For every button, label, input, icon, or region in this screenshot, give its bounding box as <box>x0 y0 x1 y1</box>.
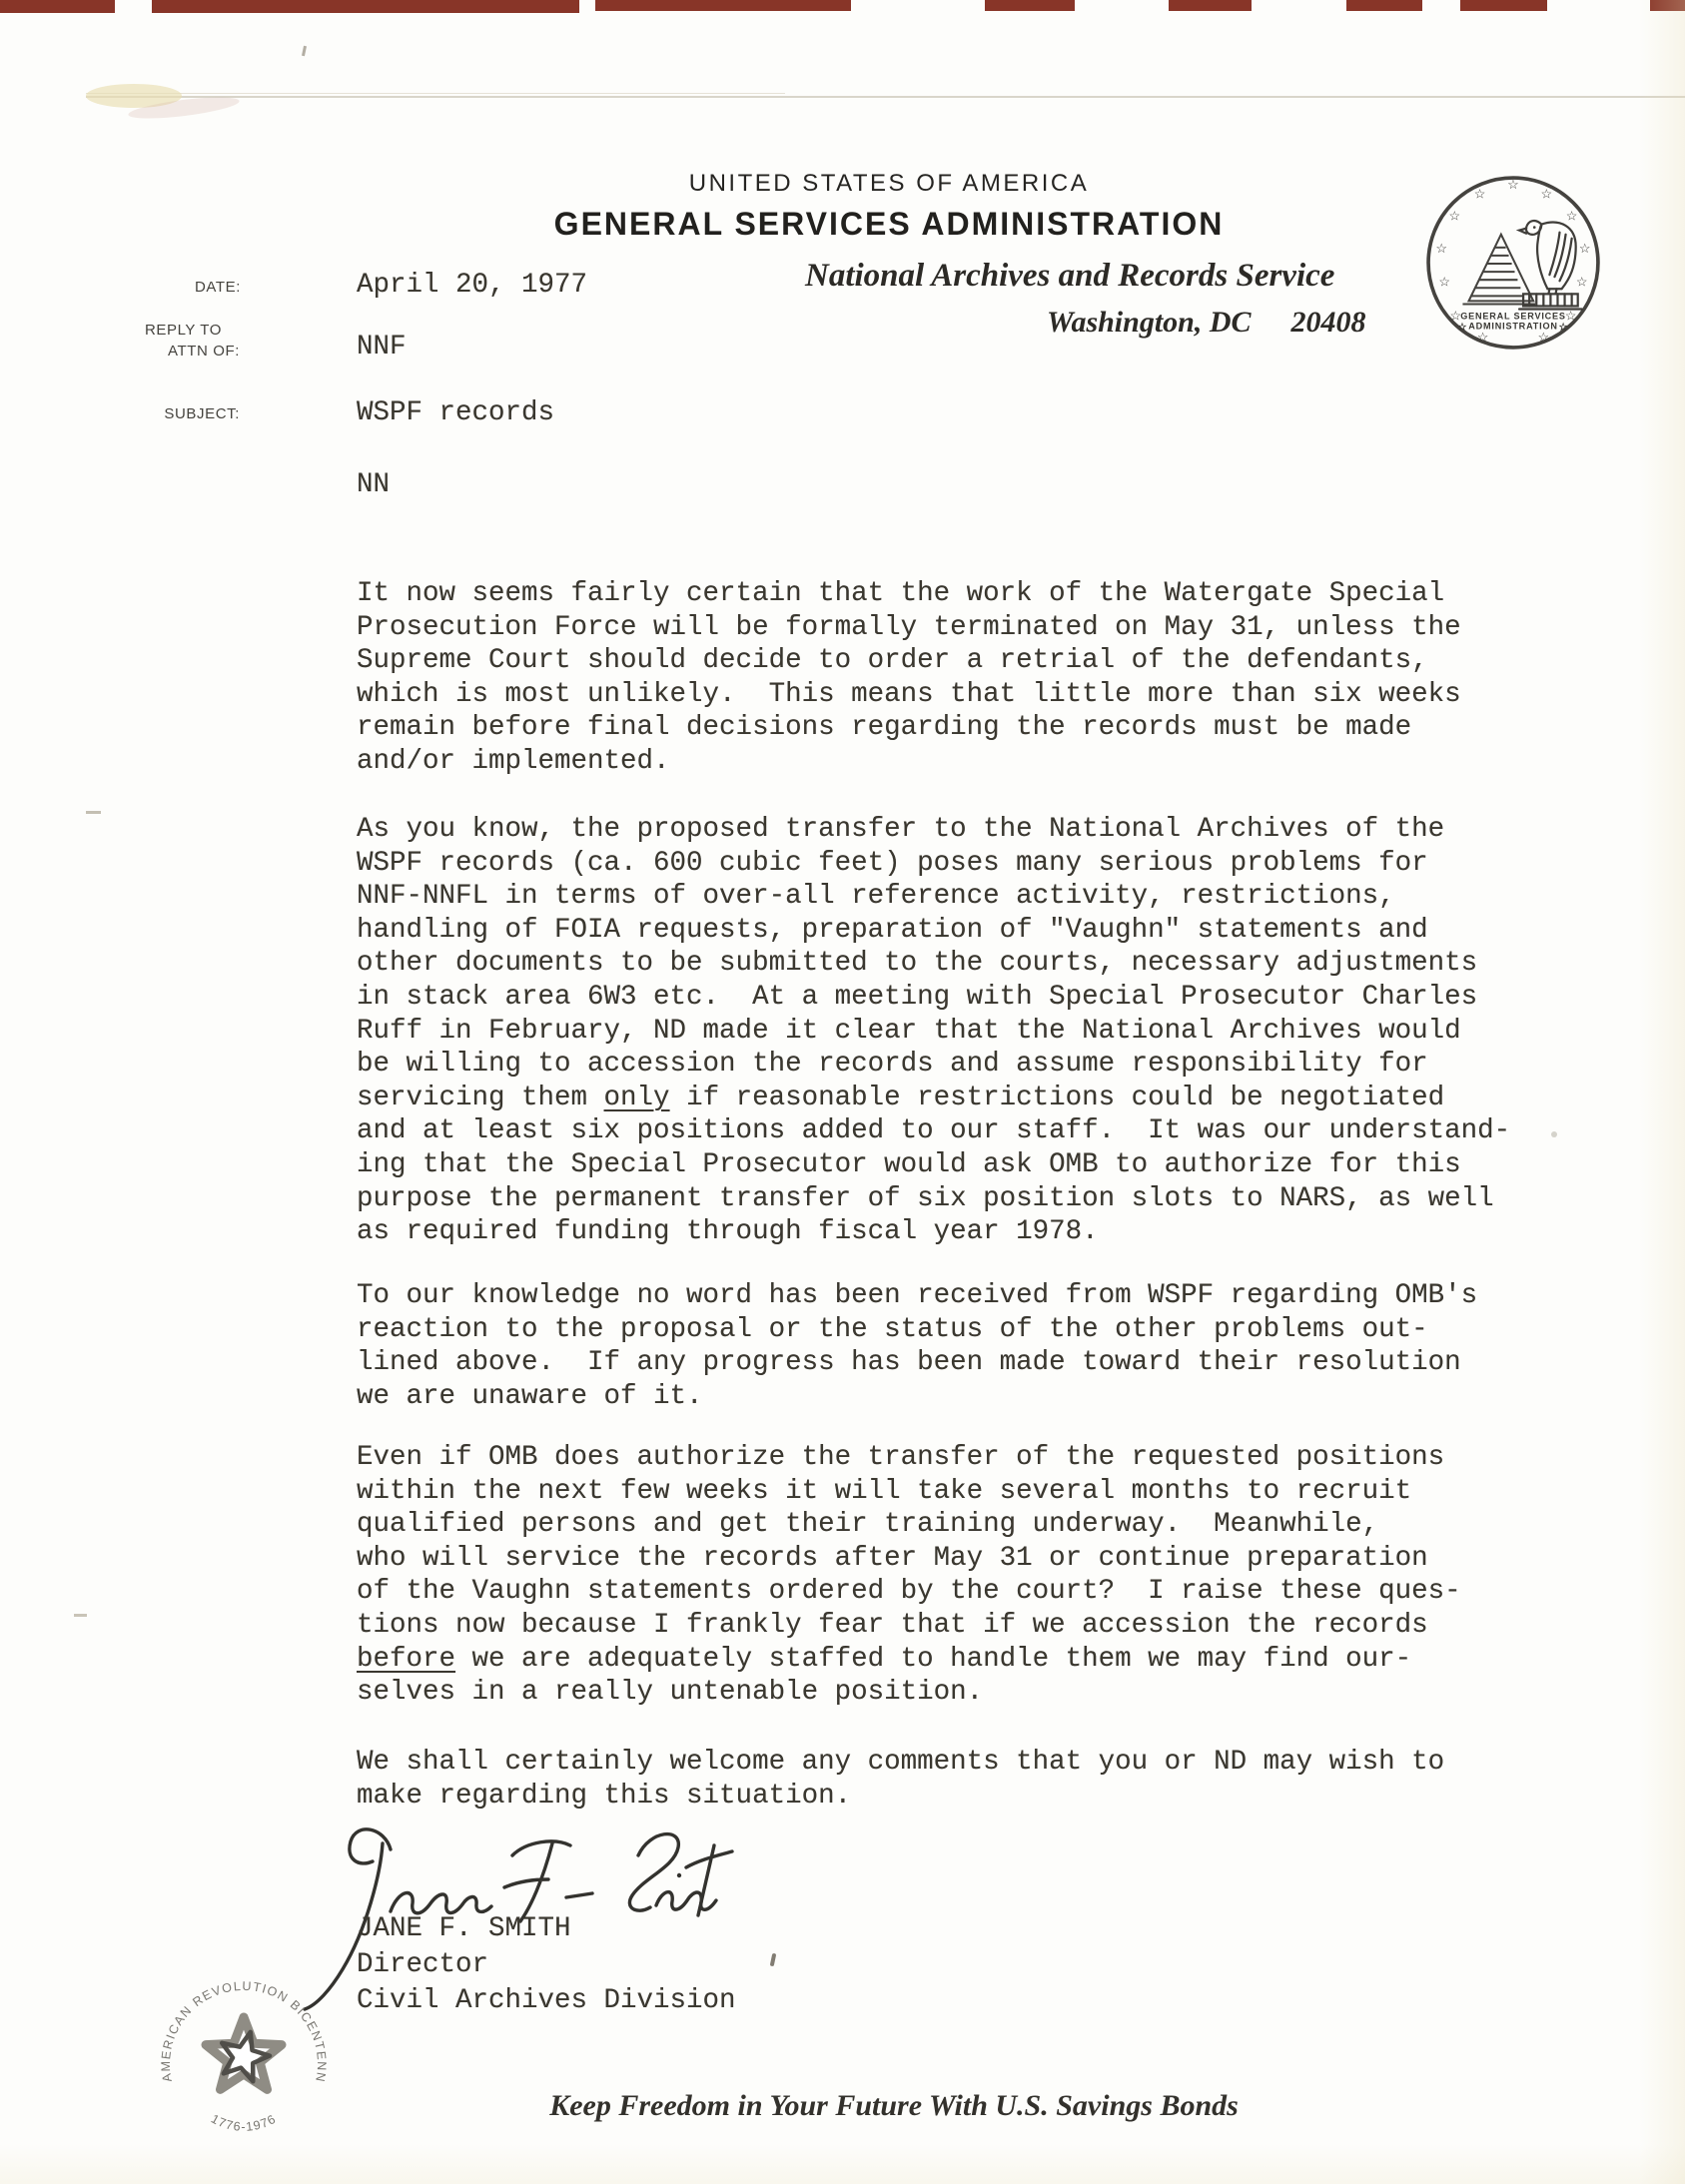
body-line: ing that the Special Prosecutor would as… <box>357 1148 1555 1182</box>
body-paragraph: As you know, the proposed transfer to th… <box>357 813 1555 1249</box>
subject-label: SUBJECT: <box>140 405 240 422</box>
date-label: DATE: <box>140 279 241 296</box>
body-paragraph: It now seems fairly certain that the wor… <box>357 577 1555 779</box>
svg-text:☆: ☆ <box>1477 330 1489 345</box>
savings-bonds-motto: Keep Freedom in Your Future With U.S. Sa… <box>548 2089 1240 2123</box>
svg-text:☆: ☆ <box>1537 330 1549 345</box>
body-line: To our knowledge no word has been receiv… <box>357 1279 1555 1313</box>
bicentennial-star-icon <box>206 2017 282 2089</box>
svg-text:☆: ☆ <box>1565 309 1577 324</box>
signer-title: Director <box>357 1949 488 1980</box>
body-line: who will service the records after May 3… <box>357 1542 1555 1576</box>
scan-edge-tint <box>1639 0 1685 2184</box>
reply-to-label-line1: REPLY TO <box>110 322 222 339</box>
body-line: and at least six positions added to our … <box>357 1114 1555 1148</box>
body-line: within the next few weeks it will take s… <box>357 1475 1555 1509</box>
bicentennial-logo: AMERICAN REVOLUTION BICENTENNIAL 1776-19… <box>156 1969 332 2145</box>
body-line: tions now because I frankly fear that if… <box>357 1609 1555 1643</box>
body-line: Even if OMB does authorize the transfer … <box>357 1441 1555 1475</box>
addressee: NN <box>357 469 390 500</box>
svg-text:☆: ☆ <box>1448 209 1460 224</box>
body-line: in stack area 6W3 etc. At a meeting with… <box>357 981 1555 1015</box>
body-line: Prosecution Force will be formally termi… <box>357 611 1555 645</box>
body-line: we are unaware of it. <box>357 1380 1555 1414</box>
letterhead-service-name: National Archives and Records Service <box>805 258 1334 295</box>
letterhead-zip: 20408 <box>1291 306 1366 339</box>
body-line: handling of FOIA requests, preparation o… <box>357 914 1555 948</box>
body-line: of the Vaughn statements ordered by the … <box>357 1575 1555 1609</box>
body-line: lined above. If any progress has been ma… <box>357 1346 1555 1380</box>
body-line: be willing to accession the records and … <box>357 1048 1555 1082</box>
body-line: NNF-NNFL in terms of over-all reference … <box>357 880 1555 914</box>
body-line: make regarding this situation. <box>357 1780 1555 1814</box>
eagle-icon <box>1519 221 1582 310</box>
body-line: and/or implemented. <box>357 745 1555 779</box>
margin-pencil-mark <box>86 811 101 814</box>
body-line: Supreme Court should decide to order a r… <box>357 644 1555 678</box>
body-line: qualified persons and get their training… <box>357 1508 1555 1542</box>
seal-star-icon: ☆ <box>1458 323 1468 334</box>
svg-text:☆: ☆ <box>1579 241 1591 256</box>
seal-star-icon: ☆ <box>1559 323 1569 334</box>
seal-text-line1: GENERAL SERVICES <box>1460 312 1566 322</box>
signer-typed-name: JANE F. SMITH <box>357 1913 571 1944</box>
svg-text:☆: ☆ <box>1566 209 1578 224</box>
paper-speck <box>302 46 307 56</box>
scan-edge-tint <box>0 2144 1685 2184</box>
svg-text:1776-1976: 1776-1976 <box>209 2112 279 2134</box>
svg-text:☆: ☆ <box>1576 274 1588 289</box>
body-paragraph: Even if OMB does authorize the transfer … <box>357 1441 1555 1710</box>
body-line: reaction to the proposal or the status o… <box>357 1313 1555 1347</box>
scanned-letter: { "letterhead": { "country": "UNITED STA… <box>0 0 1685 2184</box>
body-line: As you know, the proposed transfer to th… <box>357 813 1555 847</box>
body-line: Ruff in February, ND made it clear that … <box>357 1015 1555 1049</box>
body-line: It now seems fairly certain that the wor… <box>357 577 1555 611</box>
margin-pencil-mark <box>74 1614 87 1617</box>
stray-apostrophe-mark <box>770 1953 777 1967</box>
gsa-seal: ☆☆☆ ☆☆☆ ☆☆☆ ☆☆☆ ☆ GENERAL SERVICES ADMIN… <box>1422 172 1604 354</box>
body-line: We shall certainly welcome any comments … <box>357 1746 1555 1780</box>
body-line: WSPF records (ca. 600 cubic feet) poses … <box>357 847 1555 881</box>
body-line: purpose the permanent transfer of six po… <box>357 1182 1555 1216</box>
paper-crease <box>86 96 1685 98</box>
reply-to-label-line2: ATTN OF: <box>110 343 240 360</box>
seal-text-line2: ADMINISTRATION <box>1468 322 1557 332</box>
signer-division: Civil Archives Division <box>357 1985 736 2016</box>
body-line: selves in a really untenable position. <box>357 1676 1555 1710</box>
body-line: remain before final decisions regarding … <box>357 711 1555 745</box>
body-line: servicing them only if reasonable restri… <box>357 1082 1555 1115</box>
svg-text:☆: ☆ <box>1540 186 1552 201</box>
svg-text:☆: ☆ <box>1435 241 1447 256</box>
body-line: which is most unlikely. This means that … <box>357 678 1555 712</box>
subject-value: WSPF records <box>357 397 554 428</box>
svg-text:☆: ☆ <box>1474 186 1486 201</box>
date-value: April 20, 1977 <box>357 270 587 301</box>
letterhead-address: Washington, DC20408 <box>1047 306 1366 340</box>
body-line: as required funding through fiscal year … <box>357 1215 1555 1249</box>
reply-to-value: NNF <box>357 332 407 363</box>
svg-text:☆: ☆ <box>1507 177 1519 192</box>
body-line: before we are adequately staffed to hand… <box>357 1643 1555 1677</box>
body-paragraph: To our knowledge no word has been receiv… <box>357 1279 1555 1413</box>
body-line: other documents to be submitted to the c… <box>357 947 1555 981</box>
svg-text:☆: ☆ <box>1438 274 1450 289</box>
letterhead-city: Washington, DC <box>1047 306 1252 339</box>
body-paragraph: We shall certainly welcome any comments … <box>357 1746 1555 1813</box>
paper-crease <box>86 93 785 94</box>
bicentennial-years: 1776-1976 <box>209 2112 279 2134</box>
